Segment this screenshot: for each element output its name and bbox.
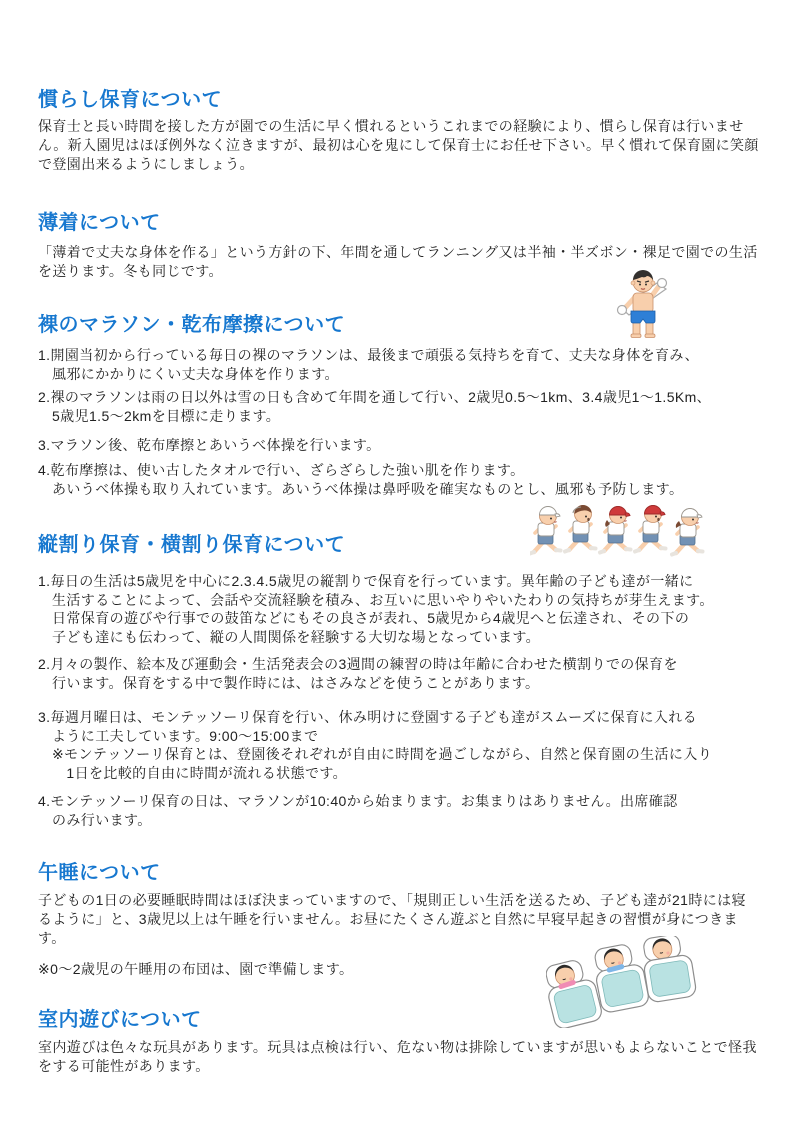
section-heading-usugi: 薄着について xyxy=(38,206,161,235)
section-body-narashi-hoiku: 保育士と長い時間を接した方が園での生活に早く慣れるというこれまでの経験により、慣… xyxy=(38,117,764,174)
list-item: 3.毎週月曜日は、モンテッソーリ保育を行い、休み明けに登園する子ども達がスムーズ… xyxy=(38,708,764,782)
list-item: 1.開園当初から行っている毎日の裸のマラソンは、最後まで頑張る気持ちを育て、丈夫… xyxy=(38,346,764,383)
list-item: 4.モンテッソーリ保育の日は、マラソンが10:40から始まります。お集まりはあり… xyxy=(38,792,764,829)
running-children-illustration xyxy=(530,504,706,558)
list-item: 2.月々の製作、絵本及び運動会・生活発表会の3週間の練習の時は年齢に合わせた横割… xyxy=(38,655,764,692)
sleeping-children-illustration xyxy=(546,936,698,1028)
section-heading-gosui: 午睡について xyxy=(38,856,161,885)
section-body-shitsunai-asobi: 室内遊びは色々な玩具があります。玩具は点検は行い、危ない物は排除していますが思い… xyxy=(38,1038,764,1076)
section-heading-marathon: 裸のマラソン・乾布摩擦について xyxy=(38,308,345,337)
list-item: 2.裸のマラソンは雨の日以外は雪の日も含めて年間を通して行い、2歳児0.5～1k… xyxy=(38,388,764,425)
list-item: 1.毎日の生活は5歳児を中心に2.3.4.5歳児の縦割りで保育を行っています。異… xyxy=(38,572,764,646)
list-item: 3.マラソン後、乾布摩擦とあいうべ体操を行います。 xyxy=(38,436,764,455)
section-heading-tatewari: 縦割り保育・横割り保育について xyxy=(38,528,345,557)
list-item: 4.乾布摩擦は、使い古したタオルで行い、ざらざらした強い肌を作ります。 あいうべ… xyxy=(38,461,764,498)
dry-towel-rubbing-boy-illustration xyxy=(610,270,676,338)
section-heading-shitsunai-asobi: 室内遊びについて xyxy=(38,1003,202,1032)
document-page: 慣らし保育について 保育士と長い時間を接した方が園での生活に早く慣れるというこれ… xyxy=(0,0,794,1122)
section-heading-narashi-hoiku: 慣らし保育について xyxy=(38,83,222,112)
